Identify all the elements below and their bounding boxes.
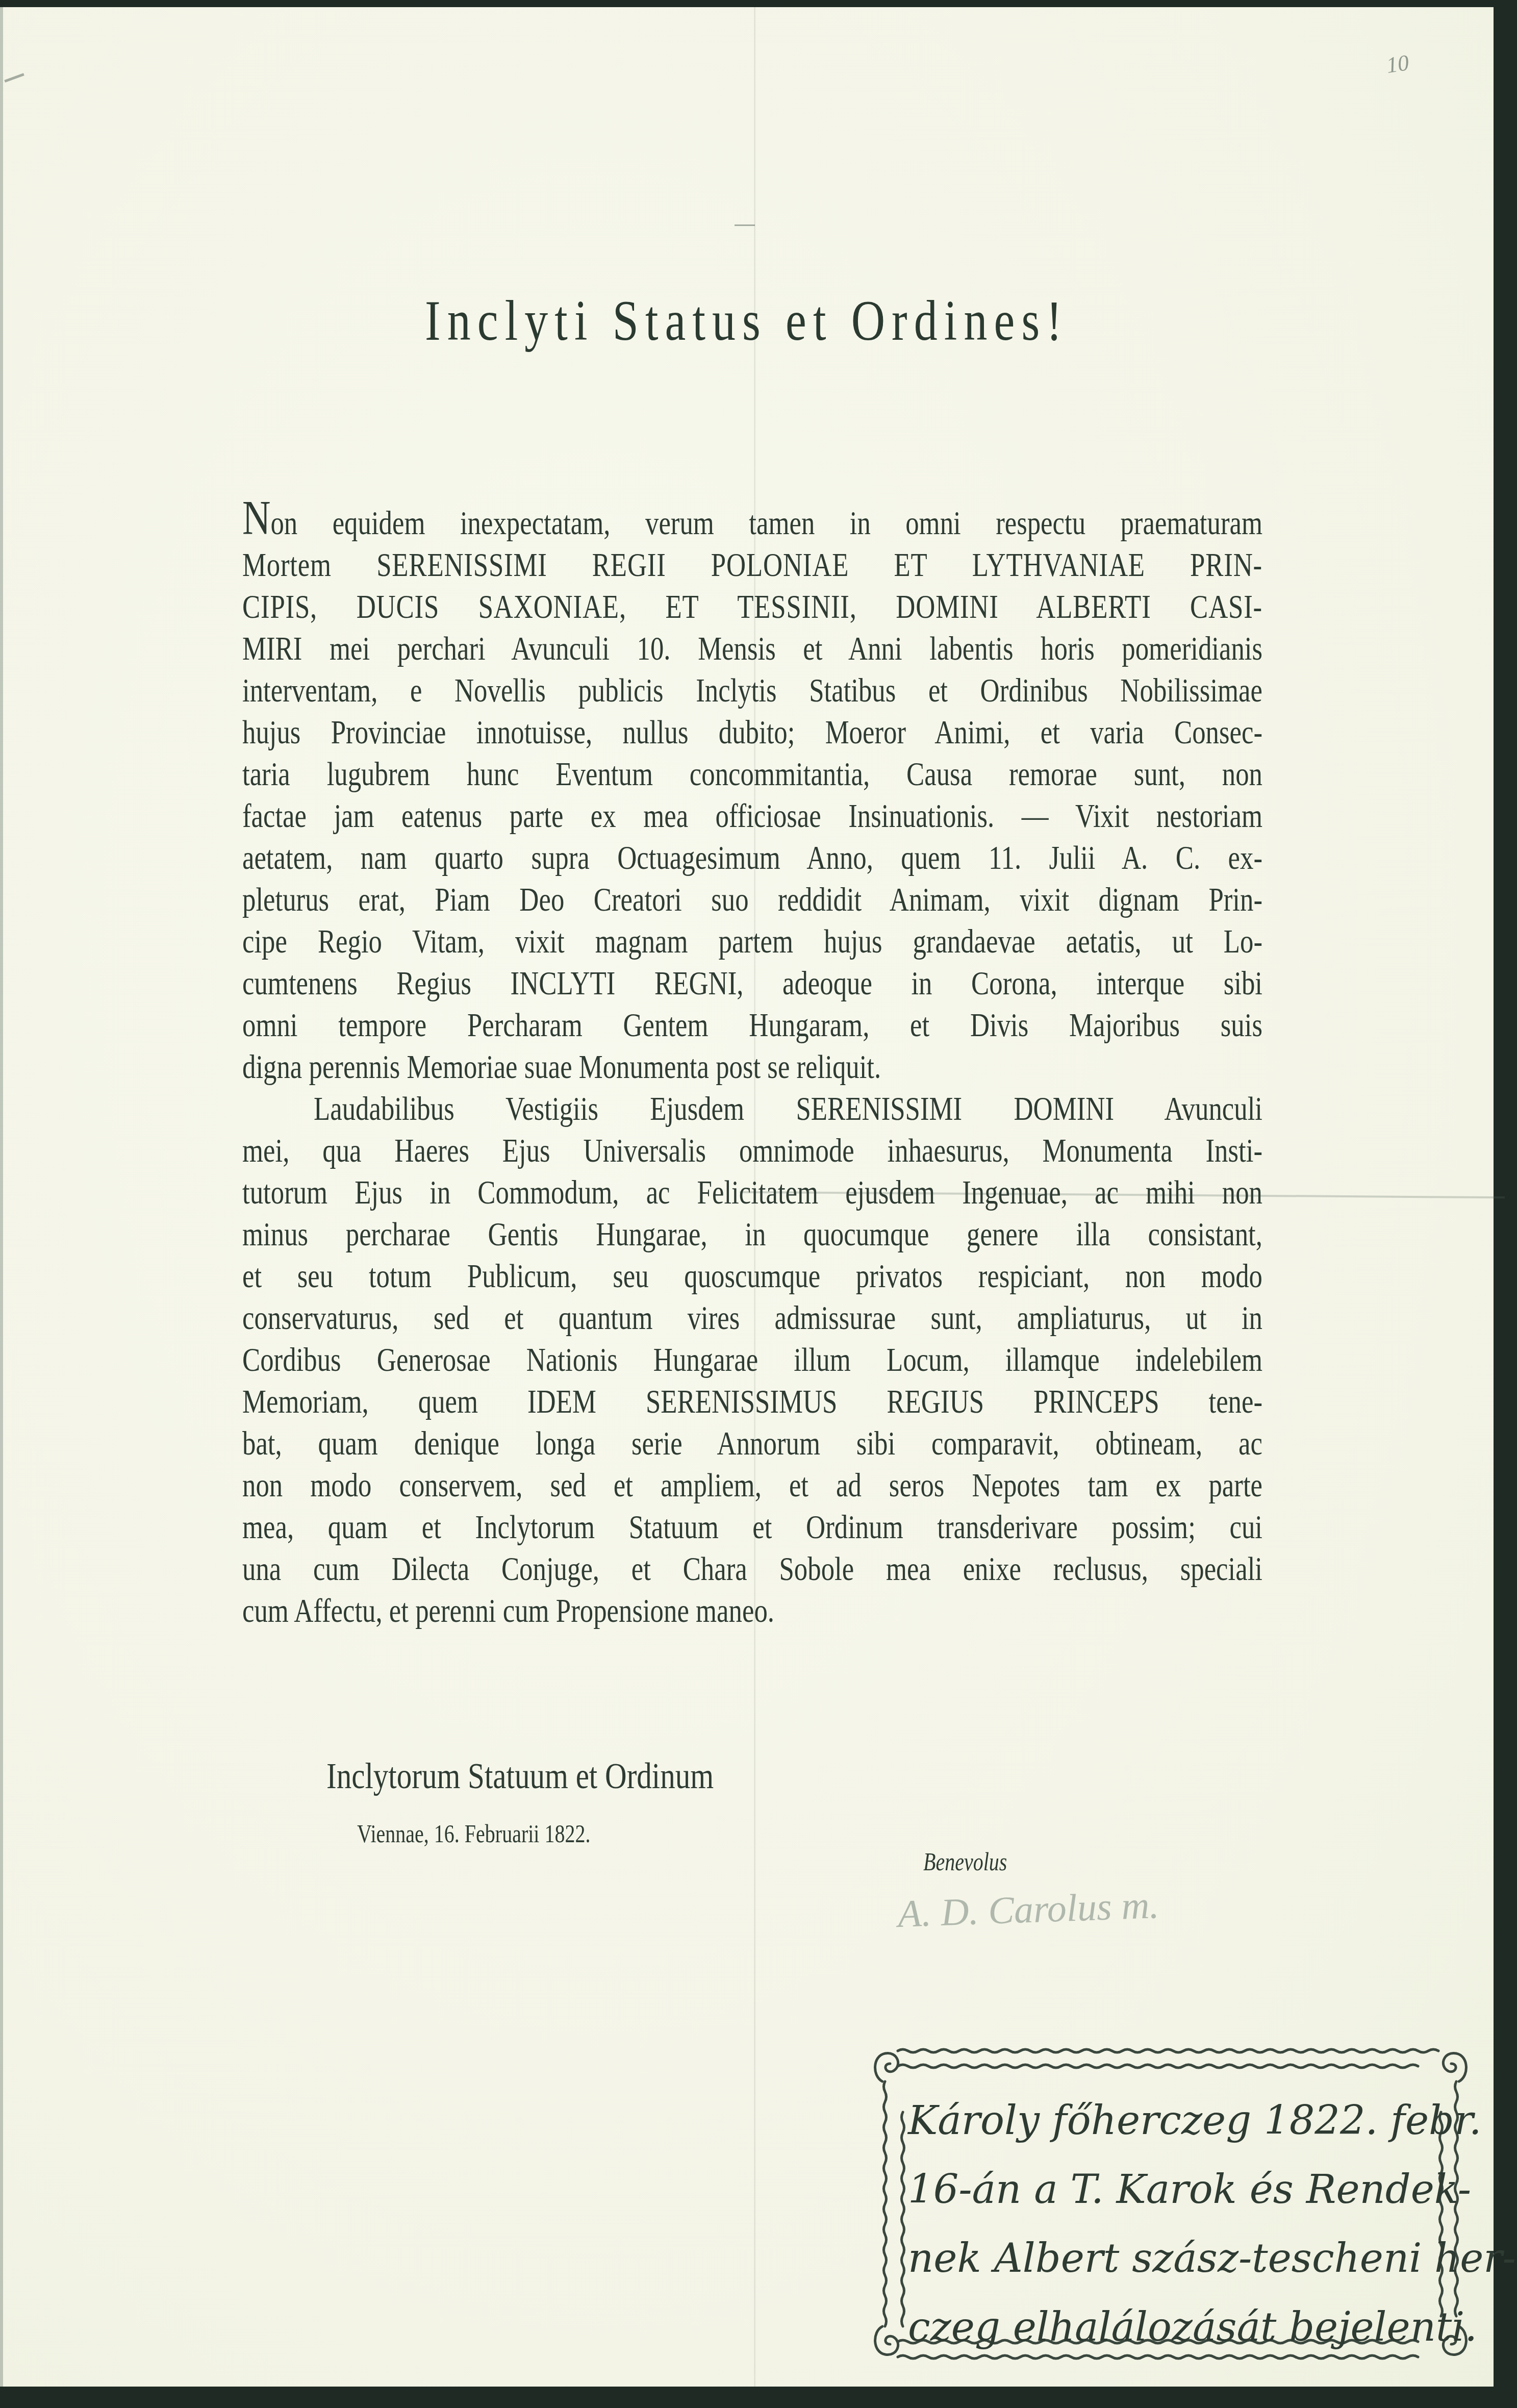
body-line: pleturus erat, Piam Deo Creatori suo red… (242, 879, 1262, 921)
body-line: mei, qua Haeres Ejus Universalis omnimod… (242, 1130, 1262, 1172)
body-line: cipe Regio Vitam, vixit magnam partem hu… (242, 921, 1262, 963)
body-line: MIRI mei perchari Avunculi 10. Mensis et… (242, 628, 1262, 670)
letter-body: Non equidem inexpectatam, verum tamen in… (242, 503, 1262, 1632)
body-line: Laudabilibus Vestigiis Ejusdem SERENISSI… (242, 1088, 1262, 1130)
page-number: 10 (1385, 49, 1411, 79)
body-line: digna perennis Memoriae suae Monumenta p… (242, 1046, 1262, 1088)
caption-text: Károly főherczeg 1822. febr. 16-án a T. … (908, 2087, 1438, 2362)
body-line: tutorum Ejus in Commodum, ac Felicitatem… (242, 1172, 1262, 1214)
body-line: minus percharae Gentis Hungarae, in quoc… (242, 1214, 1262, 1256)
body-line: bat, quam denique longa serie Annorum si… (242, 1423, 1262, 1465)
body-line: Memoriam, quem IDEM SERENISSIMUS REGIUS … (242, 1381, 1262, 1423)
caption-line: Károly főherczeg 1822. febr. (908, 2087, 1438, 2155)
body-line: taria lugubrem hunc Eventum concommitant… (242, 754, 1262, 795)
caption-line: 16-án a T. Karok és Rendek- (908, 2155, 1438, 2224)
body-line: cum Affectu, et perenni cum Propensione … (242, 1590, 1262, 1632)
drop-cap: N (242, 490, 270, 545)
body-line: interventam, e Novellis publicis Inclyti… (242, 670, 1262, 712)
body-line: conservaturus, sed et quantum vires admi… (242, 1297, 1262, 1339)
document-title: Inclyti Status et Ordines! (135, 288, 1359, 354)
body-line: et seu totum Publicum, seu quoscumque pr… (242, 1256, 1262, 1297)
body-line: factae jam eatenus parte ex mea officios… (242, 795, 1262, 837)
body-line: omni tempore Percharam Gentem Hungaram, … (242, 1005, 1262, 1046)
body-line: Cordibus Generosae Nationis Hungarae ill… (242, 1339, 1262, 1381)
body-line: Non equidem inexpectatam, verum tamen in… (242, 503, 1262, 544)
body-line: hujus Provinciae innotuisse, nullus dubi… (242, 712, 1262, 754)
valediction: Benevolus (923, 1847, 1007, 1876)
handwritten-signature: A. D. Carolus m. (897, 1883, 1160, 1937)
paper-left-edge (0, 7, 3, 2387)
body-line: Mortem SERENISSIMI REGII POLONIAE ET LYT… (242, 544, 1262, 586)
body-line: aetatem, nam quarto supra Octuagesimum A… (242, 837, 1262, 879)
caption-line: czeg elhalálozását bejelenti. (908, 2293, 1438, 2362)
body-line: cumtenens Regius INCLYTI REGNI, adeoque … (242, 963, 1262, 1005)
closing-salutation: Inclytorum Statuum et Ordinum (326, 1755, 714, 1797)
caption-line: nek Albert szász-tescheni her- (908, 2224, 1438, 2293)
stray-mark (735, 224, 755, 226)
body-line: mea, quam et Inclytorum Statuum et Ordin… (242, 1507, 1262, 1548)
dateline: Viennae, 16. Februarii 1822. (357, 1819, 590, 1848)
body-line: CIPIS, DUCIS SAXONIAE, ET TESSINII, DOMI… (242, 586, 1262, 628)
archival-caption-box: Károly főherczeg 1822. febr. 16-án a T. … (862, 2015, 1479, 2390)
body-line: non modo conservem, sed et ampliem, et a… (242, 1465, 1262, 1507)
body-line: una cum Dilecta Conjuge, et Chara Sobole… (242, 1548, 1262, 1590)
body-line-text: on equidem inexpectatam, verum tamen in … (270, 505, 1262, 542)
